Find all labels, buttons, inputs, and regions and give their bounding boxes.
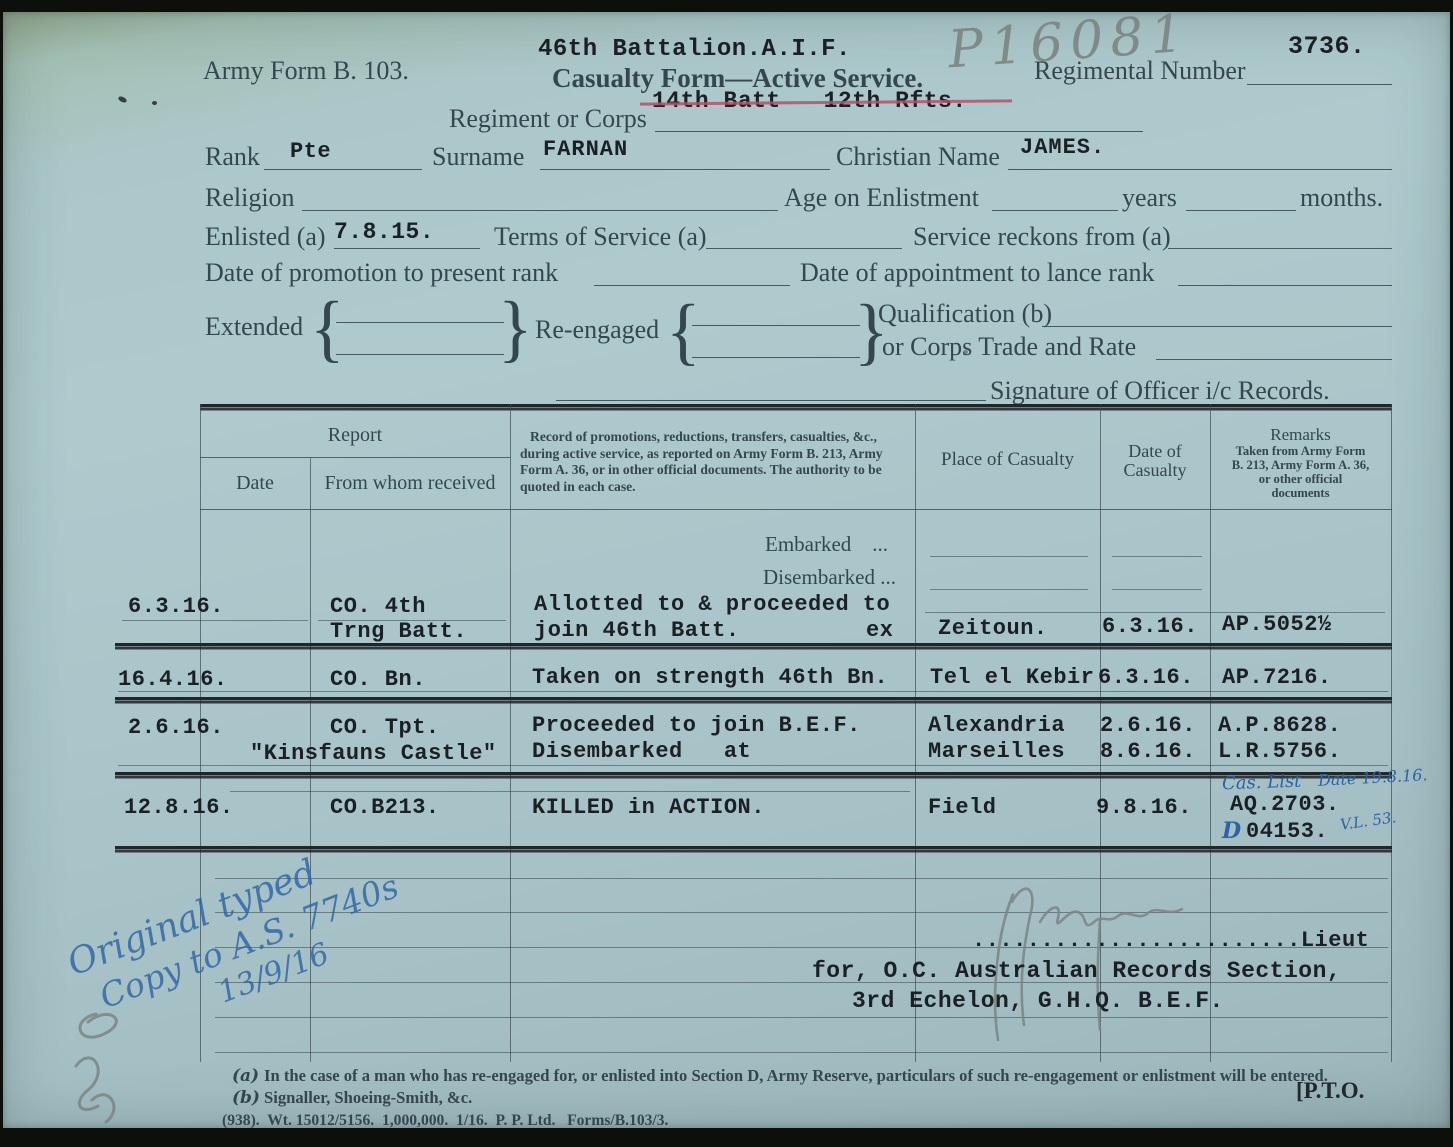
extended-label: Extended	[205, 312, 303, 342]
reengaged-brace-open: {	[666, 288, 701, 375]
row-casualty-date: 2.6.16.	[1100, 713, 1196, 738]
report-header: Report	[200, 424, 510, 447]
imprint-line: (938). Wt. 15012/5156. 1,000,000. 1/16. …	[222, 1112, 668, 1130]
appointment-label: Date of appointment to lance rank	[800, 258, 1154, 288]
regimental-number-blank	[1247, 60, 1392, 85]
months-label: months.	[1300, 183, 1383, 213]
form-number: Army Form B. 103.	[203, 56, 409, 86]
row-record: Allotted to & proceeded to	[534, 592, 890, 617]
table-vline	[1391, 404, 1392, 1062]
terms-blank	[706, 224, 902, 249]
qualification-label: Qualification (b)	[878, 299, 1052, 329]
corps-trade-label: or Corps Trade and Rate	[882, 332, 1136, 362]
promotion-blank	[594, 260, 790, 286]
row-from-2: Trng Batt.	[330, 619, 467, 644]
note-a-text: In the case of a man who has re-engaged …	[264, 1066, 1328, 1086]
row-place: Alexandria	[928, 713, 1065, 738]
place-header: Place of Casualty	[915, 449, 1100, 471]
remarks-sub-2: B. 213, Army Form A. 36,	[1210, 458, 1391, 473]
promotion-label: Date of promotion to present rank	[205, 258, 558, 288]
years-label: years	[1122, 183, 1177, 213]
cas-list-annotation: Cas. List	[1222, 771, 1302, 795]
embarked-date-blank	[1112, 536, 1202, 557]
row-casualty-date: 6.3.16.	[1102, 614, 1198, 639]
report-divider	[200, 457, 510, 458]
appointment-blank	[1178, 260, 1392, 286]
reengaged-blank-1	[692, 303, 860, 326]
row-rule	[118, 669, 1388, 692]
row-from: CO.B213.	[330, 795, 440, 820]
surname-label: Surname	[432, 142, 524, 172]
embarked-label: Embarked ...	[765, 532, 888, 557]
corps-trade-blank	[1156, 334, 1392, 360]
pto-label: [P.T.O.	[1296, 1078, 1364, 1104]
rank-value: Pte	[290, 139, 331, 164]
row-remarks-blue-prefix: D	[1222, 818, 1241, 844]
age-months-blank	[1186, 185, 1296, 211]
disembarked-place-blank	[930, 569, 1088, 590]
extended-brace-open: {	[310, 285, 345, 372]
christian-name-label: Christian Name	[836, 142, 1000, 172]
casualty-date-header-2: Casualty	[1100, 460, 1210, 481]
regimental-number-label: Regimental Number	[1034, 56, 1246, 86]
row-heavy-rule	[115, 846, 1392, 849]
note-b-label: (b)	[232, 1088, 260, 1108]
surname-value: FARNAN	[543, 137, 628, 162]
row-record: KILLED in ACTION.	[532, 795, 765, 820]
row-place: Field	[928, 795, 997, 820]
terms-label: Terms of Service (a)	[494, 222, 707, 252]
extended-brace-close: }	[498, 285, 533, 372]
row-heavy-rule	[115, 643, 1392, 646]
date-header: Date	[200, 472, 310, 495]
religion-blank	[302, 185, 778, 211]
note-b-text: Signaller, Shoeing-Smith, &c.	[264, 1088, 472, 1108]
christian-name-value: JAMES.	[1020, 135, 1105, 160]
signature-dots-lieut: ........................Lieut	[972, 928, 1369, 953]
row-rule	[118, 743, 1388, 766]
from-whom-header: From whom received	[310, 472, 510, 495]
row-record-ex: ex	[866, 618, 893, 643]
enlisted-blank	[334, 224, 480, 249]
row-remarks: A.P.8628.	[1218, 713, 1341, 738]
signature-for-line: for, O.C. Australian Records Section,	[812, 958, 1341, 984]
remarks-header: Remarks	[1210, 425, 1391, 445]
row-rule	[925, 590, 1385, 613]
row-heavy-rule	[115, 697, 1392, 700]
service-reckons-blank	[1168, 224, 1392, 249]
extended-blank-2	[336, 332, 504, 355]
age-label: Age on Enlistment	[784, 183, 979, 213]
enlisted-label: Enlisted (a)	[205, 222, 326, 252]
regiment-corps-label: Regiment or Corps	[449, 104, 647, 134]
row-record: Proceeded to join B.E.F.	[532, 713, 861, 738]
embarked-place-blank	[930, 536, 1088, 557]
header-bottom-rule	[200, 509, 1392, 510]
rank-label: Rank	[205, 142, 260, 172]
disembarked-label: Disembarked ...	[763, 565, 896, 590]
reengaged-label: Re-engaged	[535, 315, 659, 345]
row-date: 12.8.16.	[124, 795, 234, 820]
table-top-rule	[200, 404, 1392, 407]
row-remarks: AP.5052½	[1222, 612, 1332, 637]
remarks-sub-3: or other official	[1210, 472, 1391, 487]
remarks-sub-1: Taken from Army Form	[1210, 444, 1391, 459]
row-remarks-2: 04153.	[1246, 819, 1328, 844]
row-casualty-date: 9.8.16.	[1096, 795, 1192, 820]
row-record-2: join 46th Batt.	[534, 618, 740, 643]
age-years-blank	[992, 185, 1118, 211]
ink-speck	[152, 101, 157, 105]
record-header: Record of promotions, reductions, transf…	[520, 429, 908, 495]
casualty-date-header-1: Date of	[1100, 441, 1210, 462]
signature-echelon-line: 3rd Echelon, G.H.Q. B.E.F.	[852, 988, 1224, 1014]
extended-blank-1	[336, 300, 504, 323]
unit-typed: 46th Battalion.A.I.F.	[538, 36, 851, 63]
officer-signature-label: Signature of Officer i/c Records.	[990, 376, 1330, 406]
regimental-number-value: 3736.	[1288, 32, 1366, 61]
officer-signature-blank	[556, 376, 986, 401]
reengaged-blank-2	[692, 335, 860, 358]
scanned-casualty-form: Army Form B. 103. 46th Battalion.A.I.F. …	[0, 0, 1453, 1147]
pencil-scrawl	[48, 1000, 158, 1130]
note-a-label: (a)	[232, 1066, 259, 1086]
disembarked-date-blank	[1112, 569, 1202, 590]
row-date: 2.6.16.	[128, 715, 224, 740]
row-from: CO. Tpt.	[330, 715, 440, 740]
regiment-corps-blank	[655, 106, 1143, 132]
row-rule	[122, 598, 308, 621]
row-rule	[318, 598, 506, 621]
qualification-blank	[1042, 301, 1392, 327]
row-rule	[230, 771, 910, 792]
rank-blank	[264, 144, 422, 170]
row-place: Zeitoun.	[938, 616, 1048, 641]
row-remarks: AQ.2703.	[1230, 792, 1340, 817]
remarks-sub-4: documents	[1210, 486, 1391, 501]
service-reckons-label: Service reckons from (a)	[913, 222, 1171, 252]
religion-label: Religion	[205, 183, 295, 213]
pencil-signature	[940, 860, 1240, 1050]
